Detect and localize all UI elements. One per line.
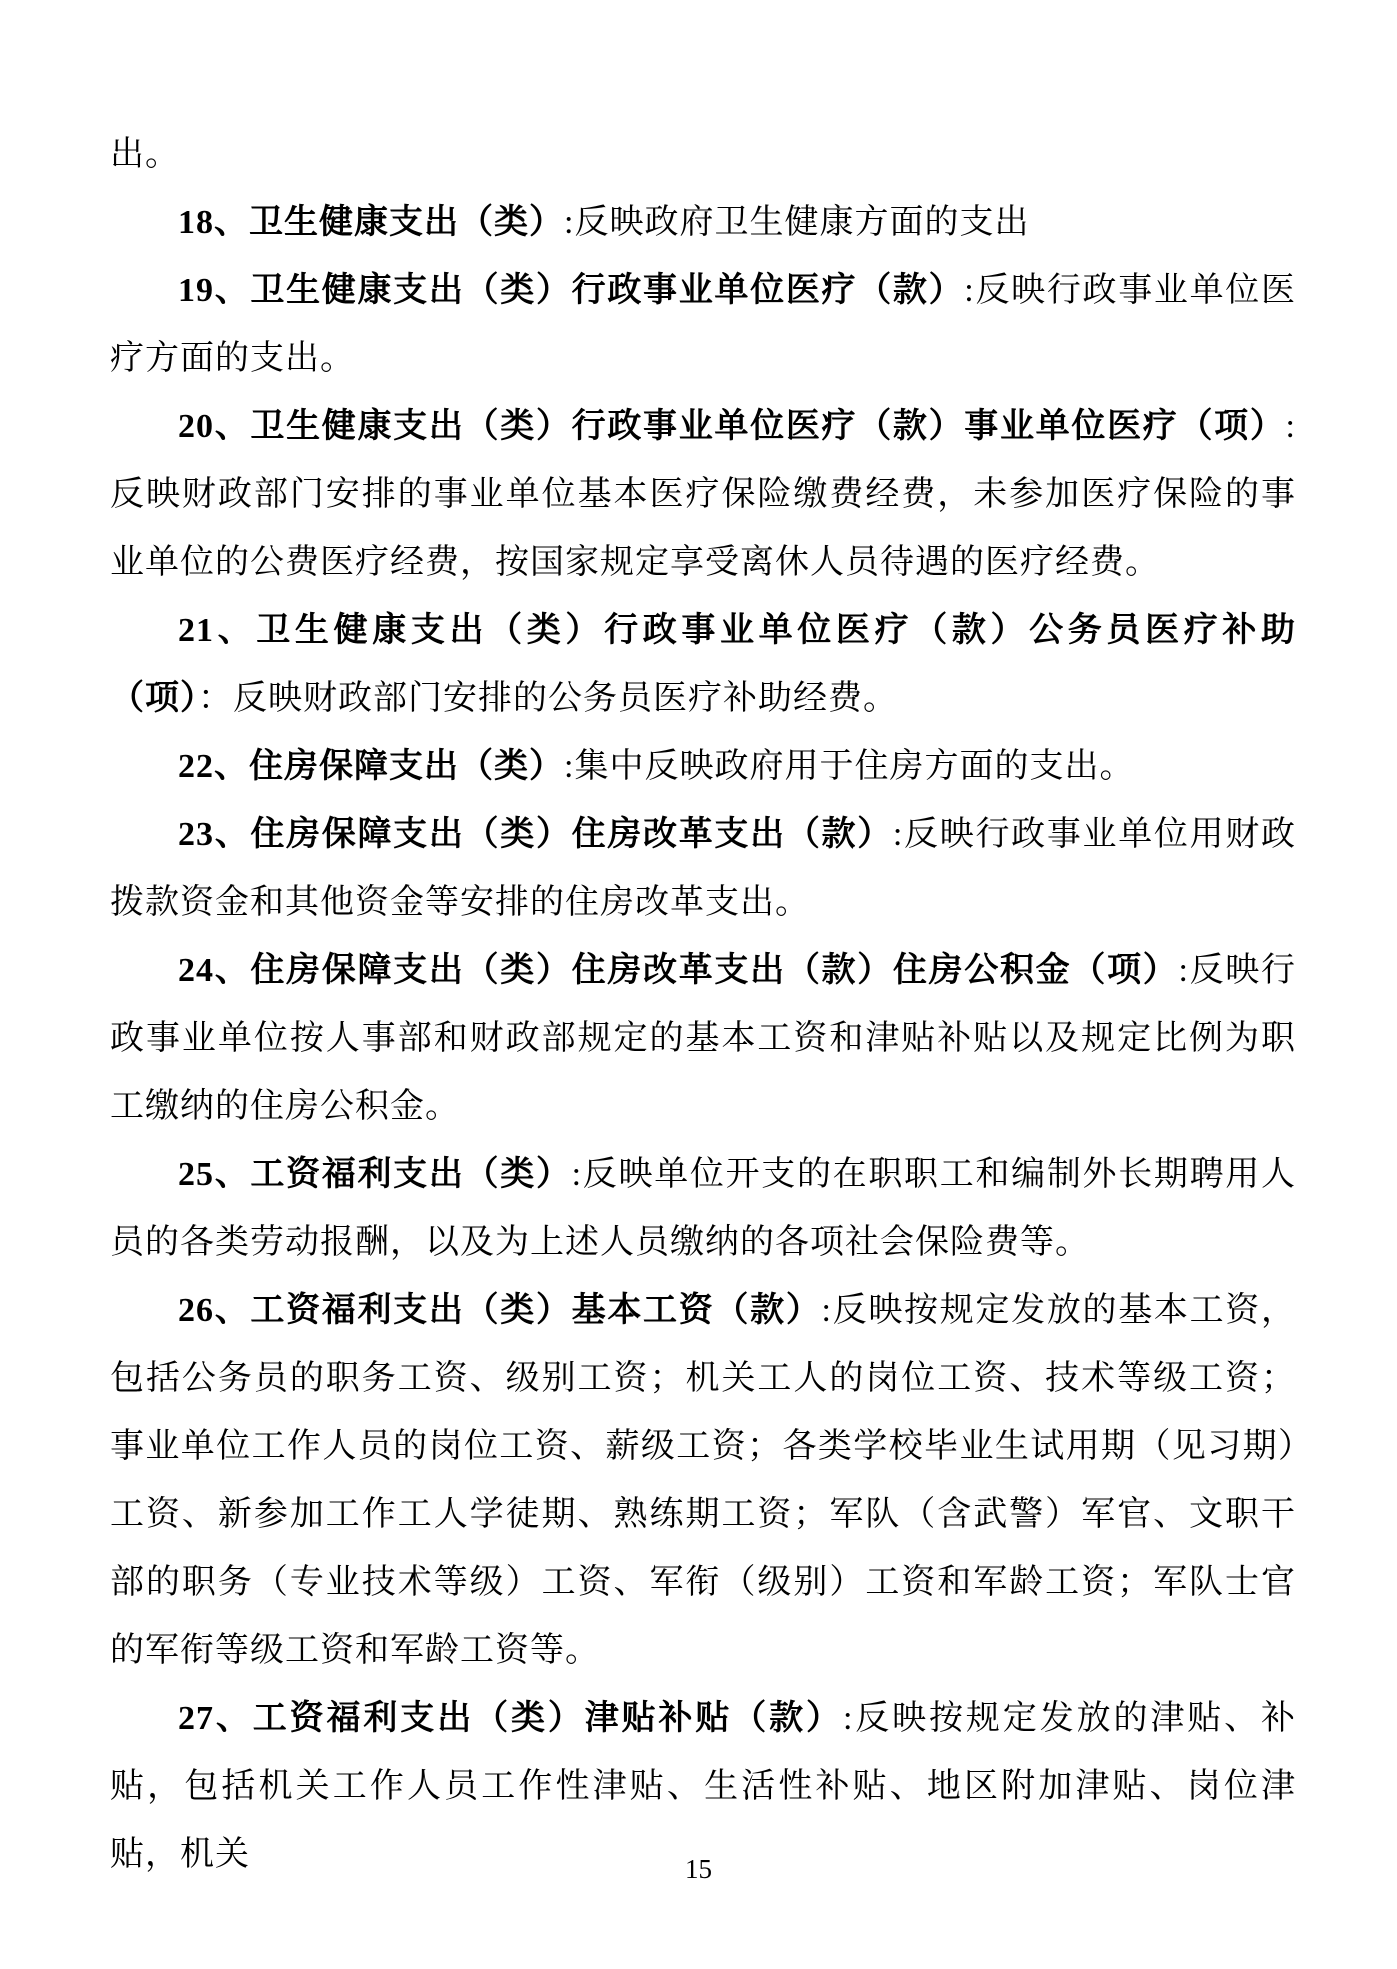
item-description: ：反映财政部门安排的公务员医疗补助经费。 [198,680,898,717]
item-description: :反映按规定发放的基本工资，包括公务员的职务工资、级别工资；机关工人的岗位工资、… [110,1292,1296,1669]
item-paragraph: 23、住房保障支出（类）住房改革支出（款）:反映行政事业单位用财政拨款资金和其他… [110,801,1296,937]
item-heading: 26、工资福利支出（类）基本工资（款） [178,1292,822,1329]
page-number: 15 [0,1852,1397,1886]
item-heading: 27、工资福利支出（类）津贴补贴（款） [178,1700,843,1737]
item-description: :集中反映政府用于住房方面的支出。 [564,748,1134,785]
item-paragraph: 18、卫生健康支出（类）:反映政府卫生健康方面的支出 [110,189,1296,257]
item-paragraph: 19、卫生健康支出（类）行政事业单位医疗（款）:反映行政事业单位医疗方面的支出。 [110,257,1296,393]
item-description: :反映政府卫生健康方面的支出 [564,204,1029,241]
item-heading: 20、卫生健康支出（类）行政事业单位医疗（款）事业单位医疗（项） [178,408,1286,445]
item-paragraph: 26、工资福利支出（类）基本工资（款）:反映按规定发放的基本工资，包括公务员的职… [110,1277,1296,1685]
item-paragraph: 22、住房保障支出（类）:集中反映政府用于住房方面的支出。 [110,733,1296,801]
continuation-paragraph: 出。 [110,121,1296,189]
item-paragraph: 21、卫生健康支出（类）行政事业单位医疗（款）公务员医疗补助（项）：反映财政部门… [110,597,1296,733]
items-container: 18、卫生健康支出（类）:反映政府卫生健康方面的支出 19、卫生健康支出（类）行… [110,189,1296,1889]
item-heading: 23、住房保障支出（类）住房改革支出（款） [178,816,893,853]
item-heading: 24、住房保障支出（类）住房改革支出（款）住房公积金（项） [178,952,1178,989]
item-heading: 22、住房保障支出（类） [178,748,564,785]
item-paragraph: 20、卫生健康支出（类）行政事业单位医疗（款）事业单位医疗（项）:反映财政部门安… [110,393,1296,597]
item-heading: 18、卫生健康支出（类） [178,204,564,241]
item-paragraph: 25、工资福利支出（类）:反映单位开支的在职职工和编制外长期聘用人员的各类劳动报… [110,1141,1296,1277]
document-page: 出。 18、卫生健康支出（类）:反映政府卫生健康方面的支出 19、卫生健康支出（… [0,0,1397,1969]
item-paragraph: 24、住房保障支出（类）住房改革支出（款）住房公积金（项）:反映行政事业单位按人… [110,937,1296,1141]
document-content: 出。 18、卫生健康支出（类）:反映政府卫生健康方面的支出 19、卫生健康支出（… [110,121,1296,1889]
item-heading: 25、工资福利支出（类） [178,1156,572,1193]
item-heading: 19、卫生健康支出（类）行政事业单位医疗（款） [178,272,964,309]
